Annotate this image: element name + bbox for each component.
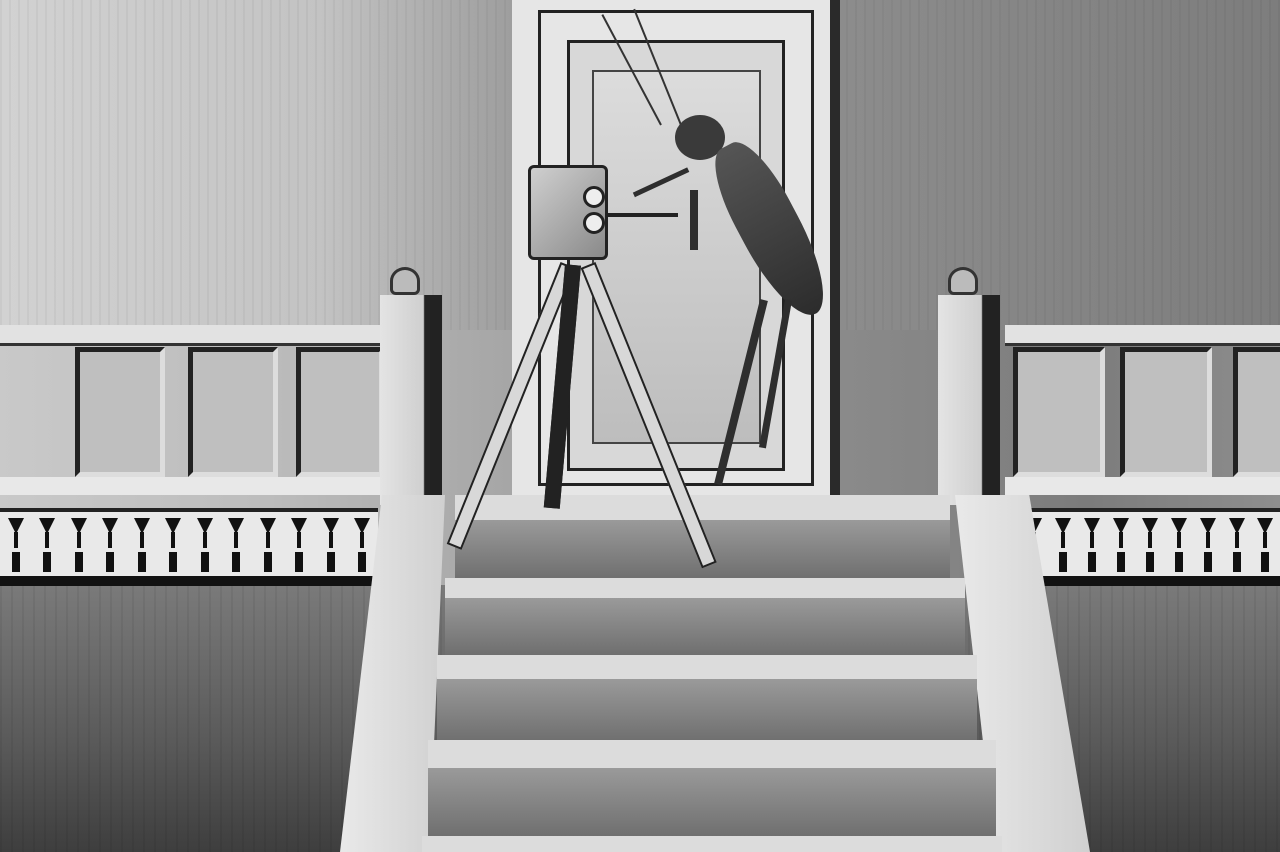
camera-lens	[583, 212, 605, 234]
film-still	[0, 0, 1280, 852]
right-balustrade	[1005, 325, 1280, 495]
stair-step	[437, 655, 977, 747]
left-balustrade	[0, 325, 385, 495]
baluster-panel	[75, 347, 165, 477]
left-newel-post	[380, 295, 442, 505]
right-frieze	[1020, 508, 1280, 586]
post-finial	[390, 267, 420, 295]
door-panel	[592, 70, 761, 444]
stair-step	[422, 836, 1002, 852]
baluster-panel	[188, 347, 278, 477]
post-finial	[948, 267, 978, 295]
right-newel-post	[938, 295, 1000, 505]
camera-crank	[608, 213, 678, 217]
baluster-panel	[296, 347, 384, 477]
box-camera	[528, 165, 608, 260]
camera-lens	[583, 186, 605, 208]
left-frieze	[0, 508, 378, 586]
stair-step	[445, 578, 965, 660]
baluster-panel	[1233, 347, 1280, 477]
stair-step	[428, 740, 996, 842]
baluster-panel	[1120, 347, 1212, 477]
baluster-panel	[1013, 347, 1105, 477]
insect-foreleg	[690, 190, 698, 250]
